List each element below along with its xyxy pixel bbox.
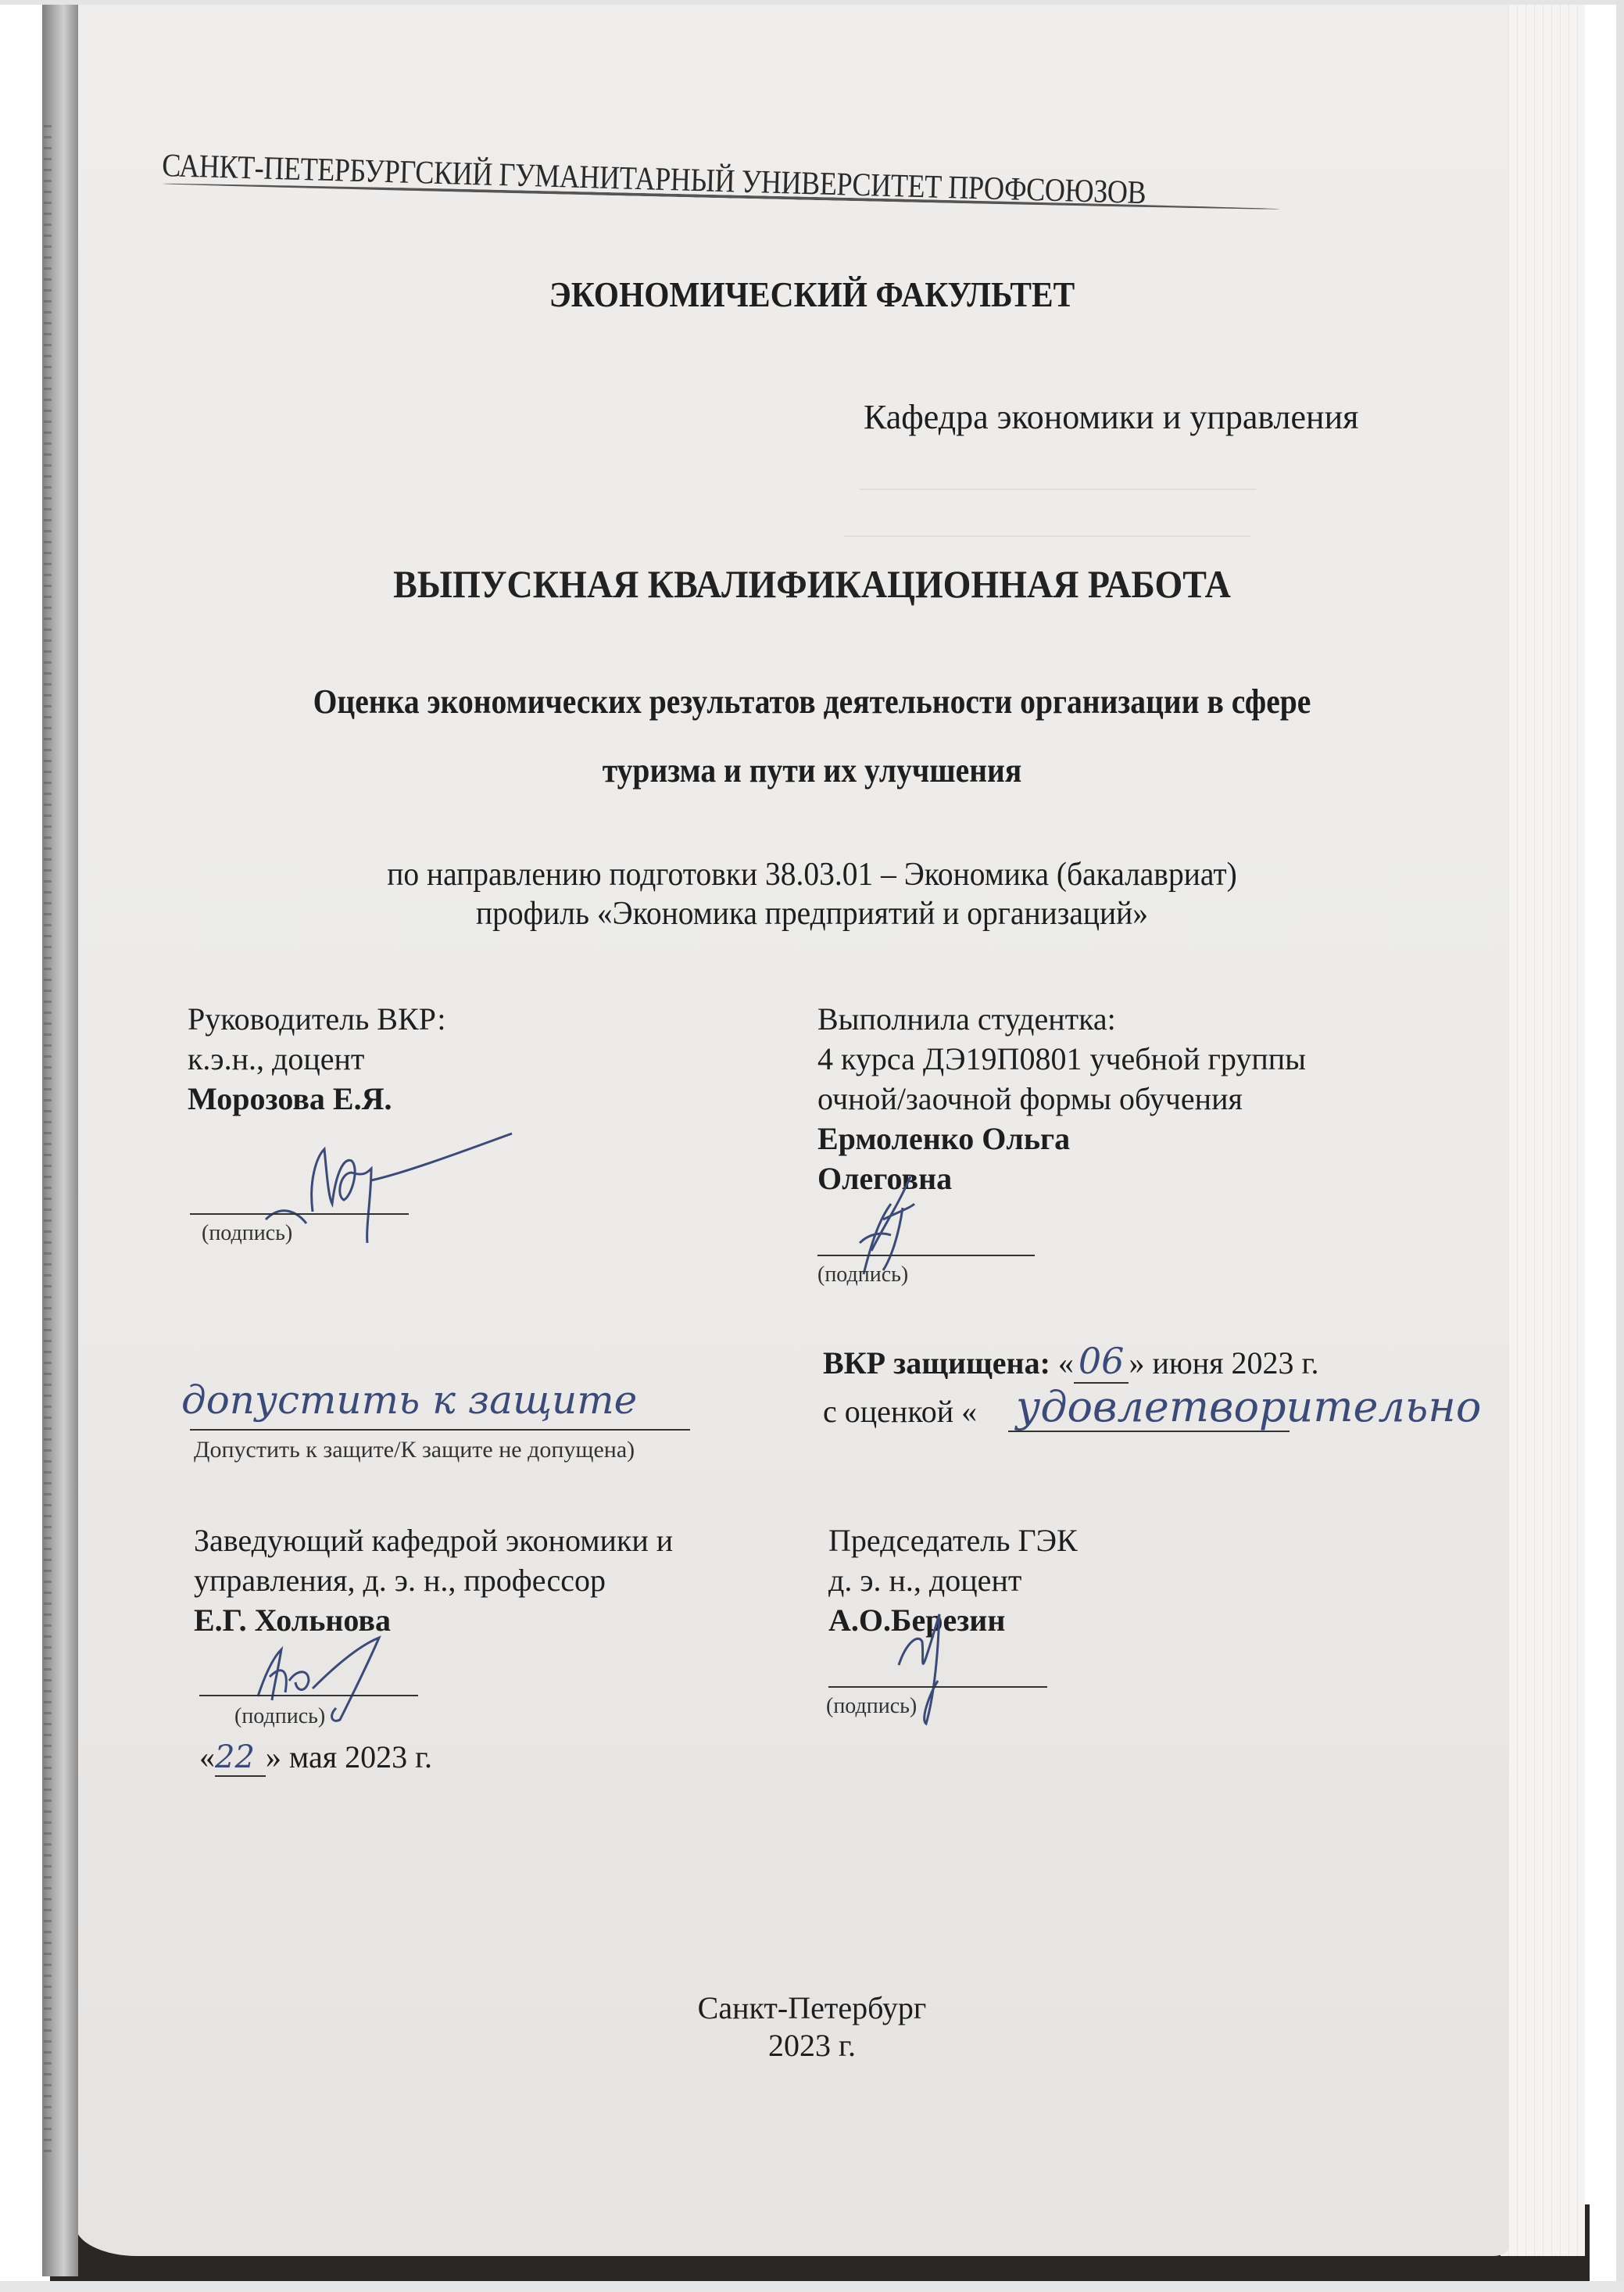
supervisor-block: Руководитель ВКР: к.э.н., доцент Морозов… bbox=[188, 999, 446, 1119]
head-of-department-signature-caption: (подпись) bbox=[234, 1704, 325, 1729]
student-name-line-1: Ермоленко Ольга bbox=[817, 1119, 1306, 1159]
study-direction: по направлению подготовки 38.03.01 – Эко… bbox=[48, 856, 1575, 894]
department-name: Кафедра экономики и управления bbox=[864, 400, 1358, 435]
head-of-department-role-line-1: Заведующий кафедрой экономики и bbox=[194, 1520, 796, 1560]
date-rest: » мая 2023 г. bbox=[266, 1739, 432, 1775]
gek-chair-role: Председатель ГЭК bbox=[828, 1520, 1078, 1560]
gek-chair-signature-caption: (подпись) bbox=[826, 1694, 917, 1719]
head-of-department-date: «22» мая 2023 г. bbox=[199, 1742, 432, 1773]
thesis-topic-line-1: Оценка экономических результатов деятель… bbox=[81, 682, 1543, 722]
student-signature-caption: (подпись) bbox=[817, 1262, 908, 1287]
student-study-form: очной/заочной формы обучения bbox=[817, 1079, 1306, 1119]
year: 2023 г. bbox=[0, 2027, 1624, 2064]
supervisor-role: Руководитель ВКР: bbox=[188, 999, 446, 1039]
page-stack-edge bbox=[1501, 5, 1585, 2256]
city: Санкт-Петербург bbox=[0, 1989, 1624, 2026]
admission-handwritten: допустить к защите bbox=[181, 1377, 637, 1423]
student-role: Выполнила студентка: bbox=[817, 999, 1306, 1039]
supervisor-signature-caption: (подпись) bbox=[202, 1221, 292, 1246]
bleed-through-text: _______________________________________ bbox=[860, 469, 1256, 492]
photo-border-right bbox=[1616, 0, 1624, 2292]
document-type-title: ВЫПУСКНАЯ КВАЛИФИКАЦИОННАЯ РАБОТА bbox=[65, 561, 1559, 607]
head-of-department-signature-line bbox=[199, 1695, 418, 1696]
date-open-quote: « bbox=[199, 1739, 215, 1775]
student-block: Выполнила студентка: 4 курса ДЭ19П0801 у… bbox=[817, 999, 1306, 1198]
gek-chair-signature-line bbox=[828, 1686, 1047, 1688]
bleed-through-text: ________________________________________ bbox=[844, 516, 1250, 539]
admission-caption: Допустить к защите/К защите не допущена) bbox=[194, 1437, 635, 1463]
faculty-name: ЭКОНОМИЧЕСКИЙ ФАКУЛЬТЕТ bbox=[81, 274, 1543, 315]
thesis-topic-line-2: туризма и пути их улучшения bbox=[81, 750, 1543, 790]
defense-line: ВКР защищена: «06» июня 2023 г. bbox=[823, 1343, 1318, 1379]
study-profile: профиль «Экономика предприятий и организ… bbox=[48, 895, 1575, 933]
defense-day-handwritten: 06 bbox=[1074, 1340, 1129, 1384]
defense-label: ВКР защищена: bbox=[823, 1345, 1050, 1381]
supervisor-signature-line bbox=[190, 1213, 409, 1215]
defense-month-year: » июня 2023 г. bbox=[1129, 1345, 1318, 1381]
date-day-handwritten: 22 bbox=[215, 1739, 266, 1777]
defense-grade-handwritten: удовлетворительно bbox=[1016, 1382, 1481, 1431]
gek-chair-degree: д. э. н., доцент bbox=[828, 1560, 1078, 1600]
supervisor-degree: к.э.н., доцент bbox=[188, 1039, 446, 1079]
student-signature-line bbox=[817, 1255, 1035, 1256]
head-of-department-role-line-2: управления, д. э. н., профессор bbox=[194, 1560, 796, 1600]
defense-open-quote: « bbox=[1058, 1345, 1074, 1381]
supervisor-name: Морозова Е.Я. bbox=[188, 1079, 446, 1119]
binding-texture bbox=[44, 125, 52, 2158]
defense-grade-label: с оценкой « bbox=[823, 1396, 977, 1427]
admission-line bbox=[190, 1429, 690, 1431]
head-of-department-block: Заведующий кафедрой экономики и управлен… bbox=[194, 1520, 796, 1640]
photo-border-bottom bbox=[0, 2281, 1624, 2292]
student-course-group: 4 курса ДЭ19П0801 учебной группы bbox=[817, 1039, 1306, 1079]
